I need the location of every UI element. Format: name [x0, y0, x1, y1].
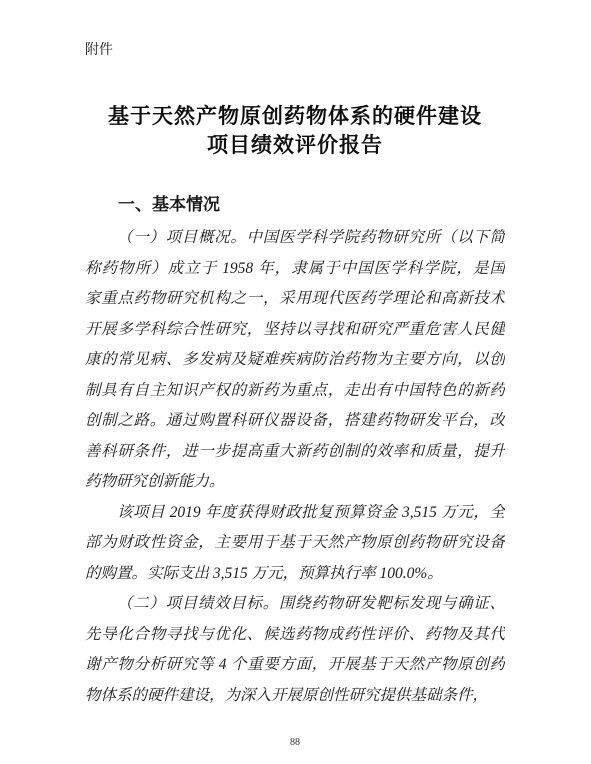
text-line: 创制之路。通过购置科研仪器设备，搭建药物研发平台，改 — [85, 406, 505, 437]
text-line: （二）项目绩效目标。围绕药物研发靶标发现与确证、 — [85, 589, 505, 620]
text-line: 家重点药物研究机构之一，采用现代医药学理论和高新技术 — [85, 284, 505, 315]
report-title-line-2: 项目绩效评价报告 — [85, 131, 505, 160]
text-line: （一）项目概况。中国医学科学院药物研究所（以下简 — [85, 223, 505, 254]
report-title-line-1: 基于天然产物原创药物体系的硬件建设 — [85, 102, 505, 131]
text-line: 善科研条件，进一步提高重大新药创制的效率和质量，提升 — [85, 437, 505, 468]
body-paragraph: 该项目 2019 年度获得财政批复预算资金 3,515 万元，全部为财政性资金，… — [85, 498, 505, 590]
body-paragraph: （二）项目绩效目标。围绕药物研发靶标发现与确证、先导化合物寻找与优化、候选药物成… — [85, 589, 505, 711]
text-line: 部为财政性资金，主要用于基于天然产物原创药物研究设备 — [85, 528, 505, 559]
text-line: 物体系的硬件建设，为深入开展原创性研究提供基础条件， — [85, 681, 505, 712]
text-line: 制具有自主知识产权的新药为重点，走出有中国特色的新药 — [85, 376, 505, 407]
text-line: 开展多学科综合性研究，坚持以寻找和研究严重危害人民健 — [85, 315, 505, 346]
text-line: 先导化合物寻找与优化、候选药物成药性评价、药物及其代 — [85, 620, 505, 651]
page-number: 88 — [85, 737, 505, 748]
text-line: 康的常见病、多发病及疑难疾病防治药物为主要方向，以创 — [85, 345, 505, 376]
report-title: 基于天然产物原创药物体系的硬件建设 项目绩效评价报告 — [85, 102, 505, 160]
report-body: （一）项目概况。中国医学科学院药物研究所（以下简称药物所）成立于 1958 年，… — [85, 223, 505, 711]
text-line: 药物研究创新能力。 — [85, 467, 505, 498]
section-heading: 一、基本情况 — [85, 193, 505, 216]
text-line: 的购置。实际支出 3,515 万元，预算执行率 100.0%。 — [85, 559, 505, 590]
body-paragraph: （一）项目概况。中国医学科学院药物研究所（以下简称药物所）成立于 1958 年，… — [85, 223, 505, 498]
attachment-label: 附件 — [85, 0, 505, 58]
text-line: 谢产物分析研究等 4 个重要方面，开展基于天然产物原创药 — [85, 650, 505, 681]
document-page: 附件 基于天然产物原创药物体系的硬件建设 项目绩效评价报告 一、基本情况 （一）… — [0, 0, 591, 764]
text-line: 称药物所）成立于 1958 年，隶属于中国医学科学院，是国 — [85, 254, 505, 285]
text-line: 该项目 2019 年度获得财政批复预算资金 3,515 万元，全 — [85, 498, 505, 529]
